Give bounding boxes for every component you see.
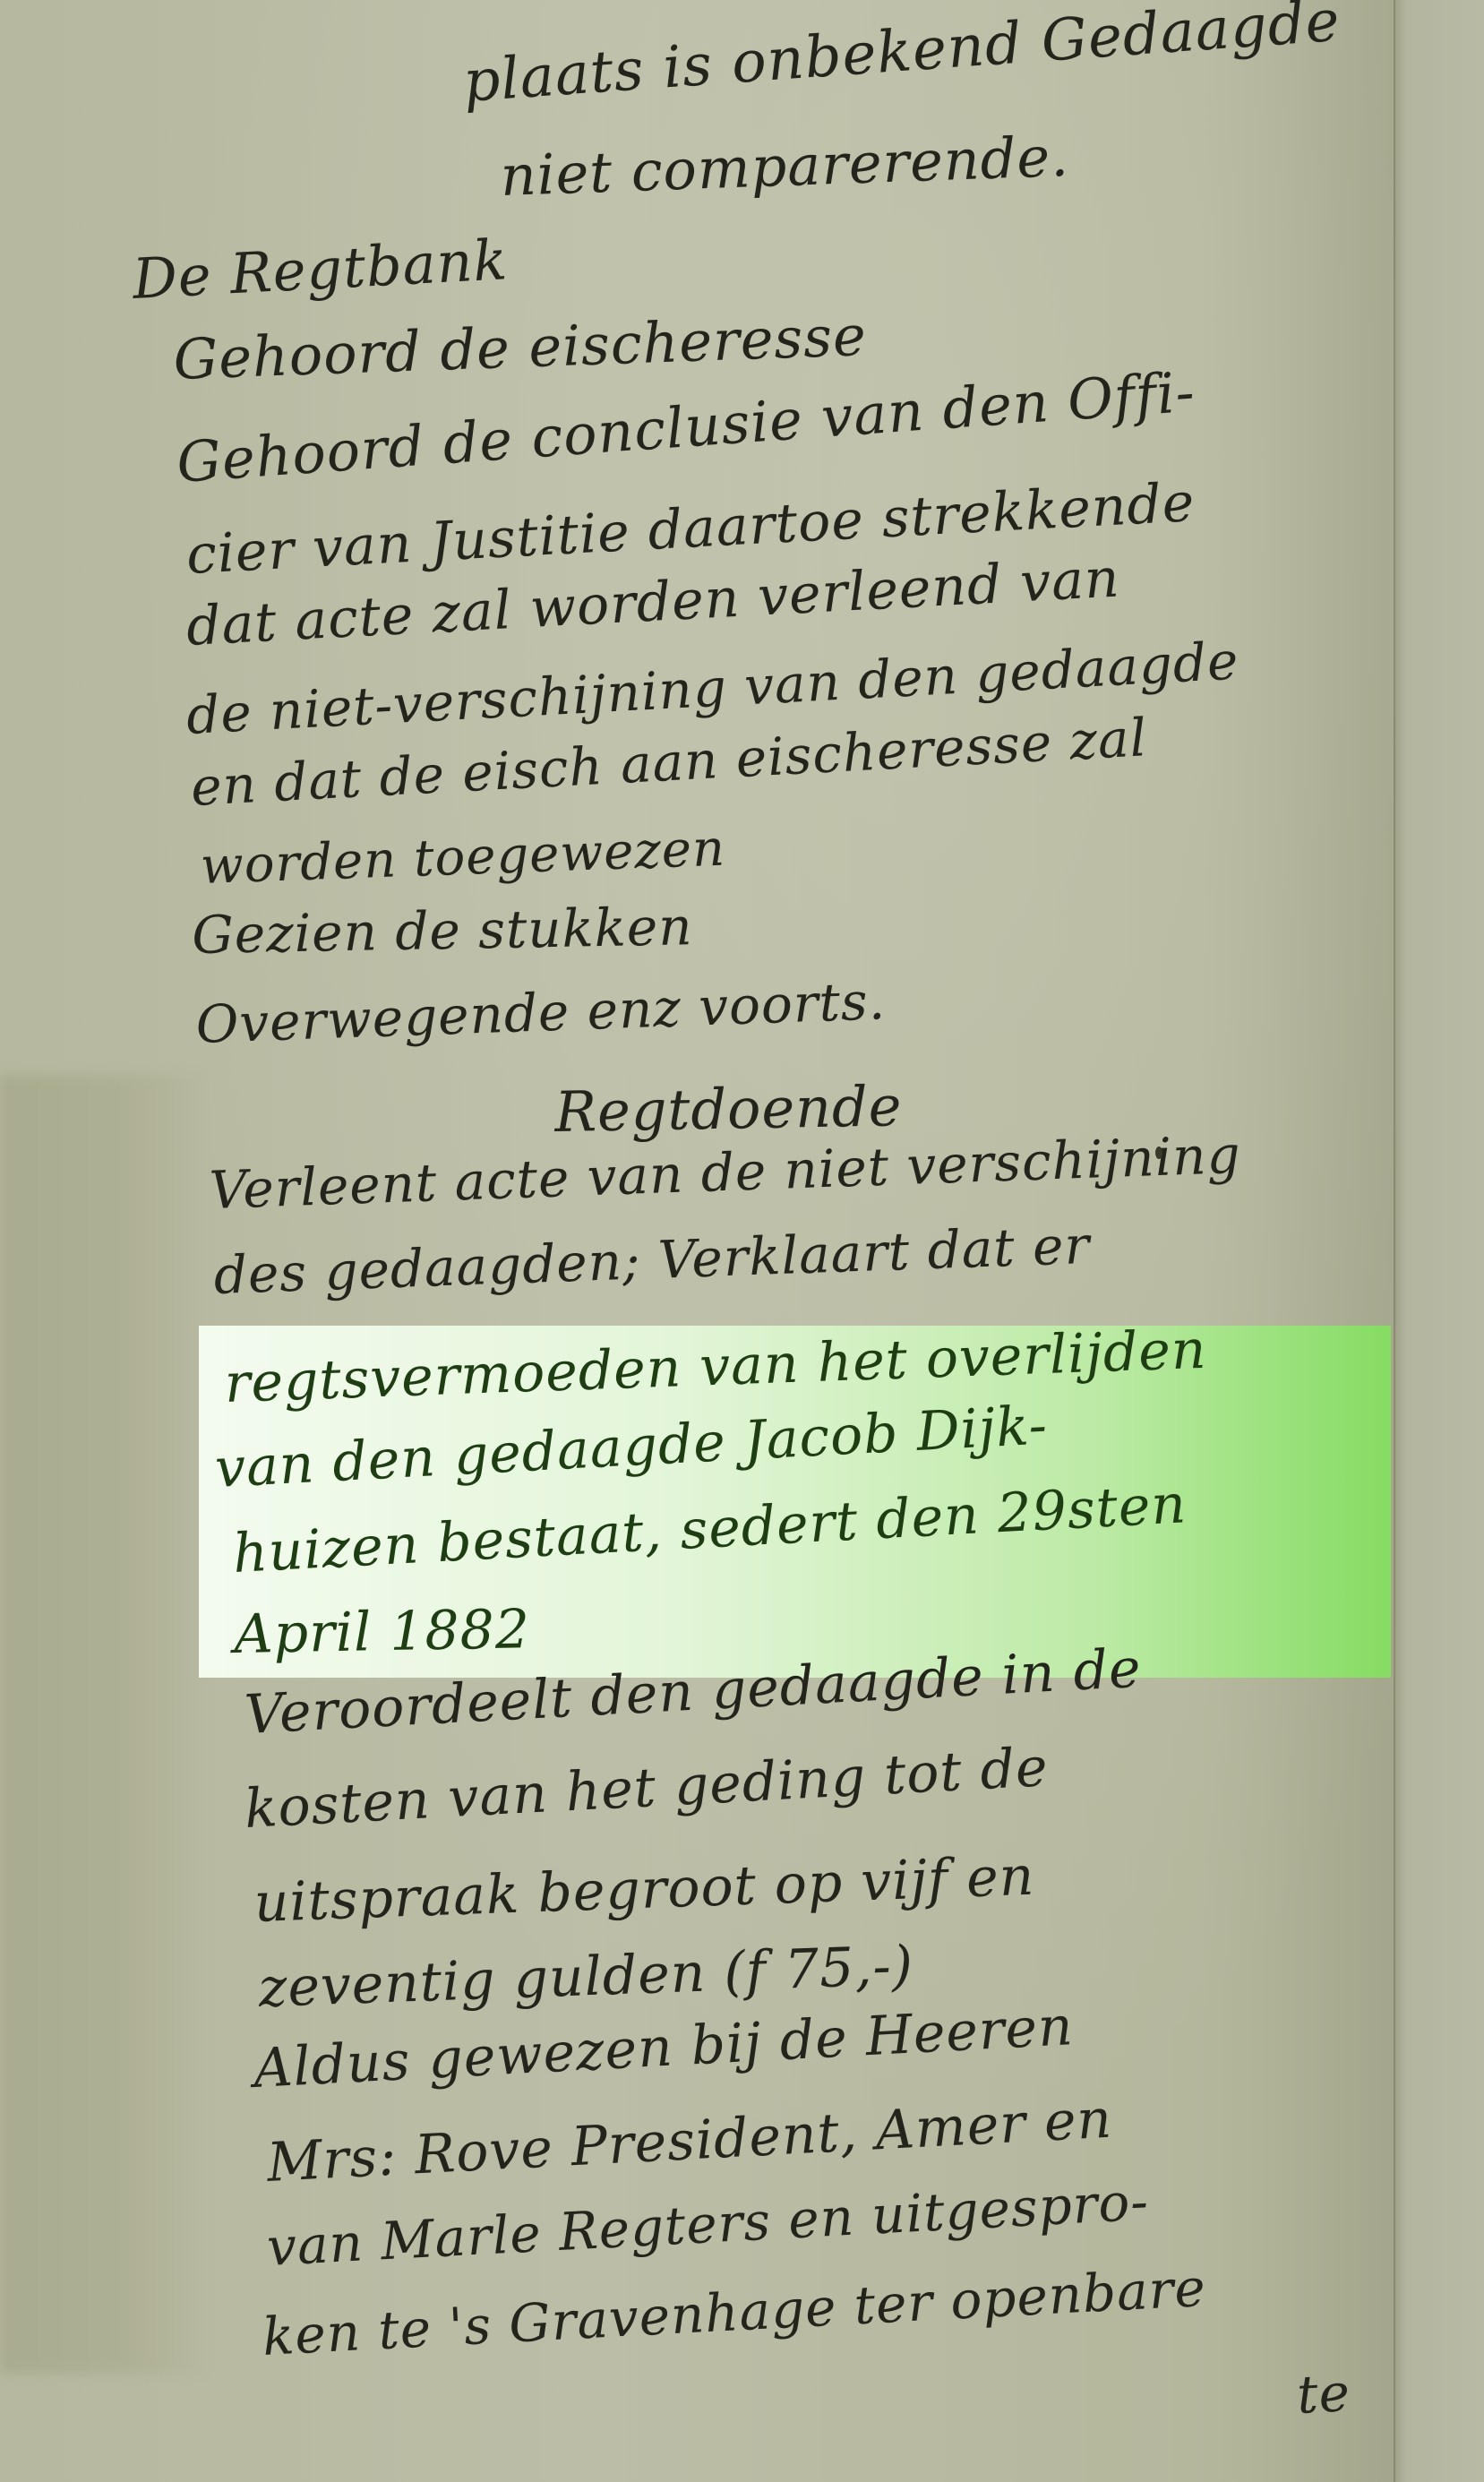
handwritten-line: te [1295,2362,1351,2426]
highlighted-line: regtsvermoeden van het overlijden [224,1318,1208,1415]
handwritten-line: Regtdoende [554,1073,903,1145]
paper-shading [1200,0,1394,2482]
page-fold-edge [1394,0,1484,2482]
ink-speck [1155,1147,1162,1159]
highlighted-line: April 1882 [234,1598,531,1666]
handwritten-line: Gezien de stukken [192,896,693,966]
left-margin-shadow [0,1075,210,2374]
highlighted-passage: regtsvermoeden van het overlijden van de… [199,1326,1391,1678]
